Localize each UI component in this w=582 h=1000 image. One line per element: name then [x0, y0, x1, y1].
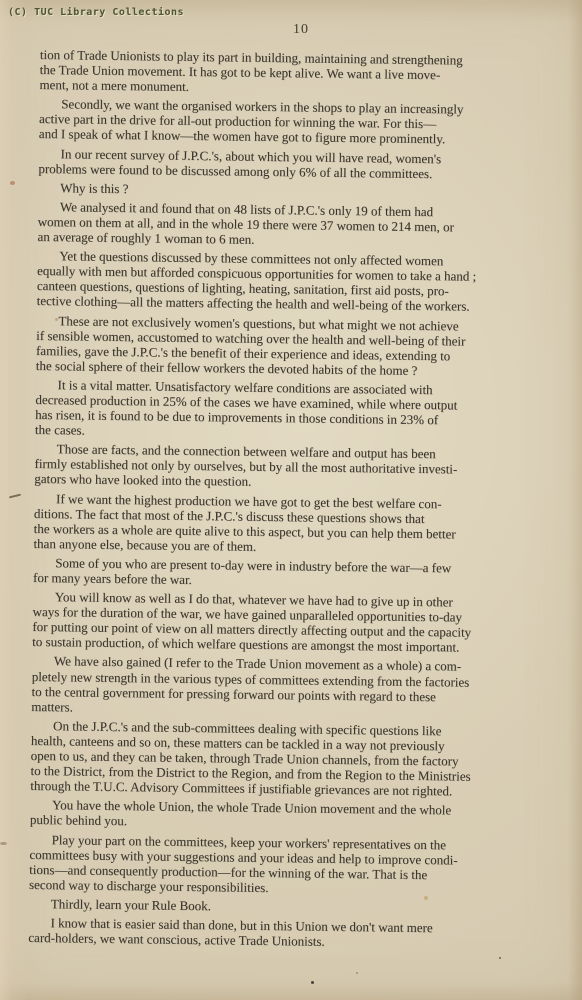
paper-mark — [9, 494, 21, 499]
paragraph: Why is this ? — [38, 180, 560, 202]
paragraph: Thirdly, learn your Rule Book. — [29, 896, 551, 918]
paragraph: These are not exclusively women's questi… — [36, 312, 559, 379]
text-line: Why is this ? — [38, 180, 560, 202]
watermark: (C) TUC Library Collections — [8, 7, 184, 18]
page-text: tion of Trade Unionists to play its part… — [28, 47, 562, 952]
paragraph: Yet the questions discussed by these com… — [37, 248, 560, 315]
paper-stain — [424, 896, 428, 900]
paragraph: You will know as well as I do that, what… — [32, 589, 555, 656]
paragraph: We analysed it and found that on 48 list… — [37, 199, 560, 251]
paragraph: Play your part on the committees, keep y… — [29, 831, 552, 898]
paper-speck — [356, 972, 358, 974]
paper-stain — [55, 318, 58, 321]
paragraph: We have also gained (I refer to the Trad… — [31, 653, 554, 720]
paragraph: You have the whole Union, the whole Trad… — [30, 797, 552, 834]
paragraph: Those are facts, and the connection betw… — [34, 441, 557, 493]
paragraph: I know that is easier said than done, bu… — [28, 915, 550, 952]
text-line: Thirdly, learn your Rule Book. — [29, 896, 551, 918]
paragraph: Some of you who are present to-day were … — [33, 555, 555, 592]
scanned-page: (C) TUC Library Collections 10 tion of T… — [0, 0, 582, 1000]
paragraph: tion of Trade Unionists to play its part… — [39, 47, 562, 99]
paragraph: If we want the highest production we hav… — [33, 490, 556, 557]
paragraph: On the J.P.C.'s and the sub-committees d… — [30, 718, 553, 800]
page-number: 10 — [40, 22, 562, 38]
paper-speck — [499, 957, 501, 959]
paragraph: In our recent survey of J.P.C.'s, about … — [38, 146, 560, 183]
paragraph: It is a vital matter. Unsatisfactory wel… — [35, 377, 558, 444]
paper-speck — [311, 981, 314, 984]
paper-mark — [0, 842, 7, 845]
paragraph: Secondly, we want the organised workers … — [39, 96, 562, 148]
paper-stain — [10, 181, 15, 185]
